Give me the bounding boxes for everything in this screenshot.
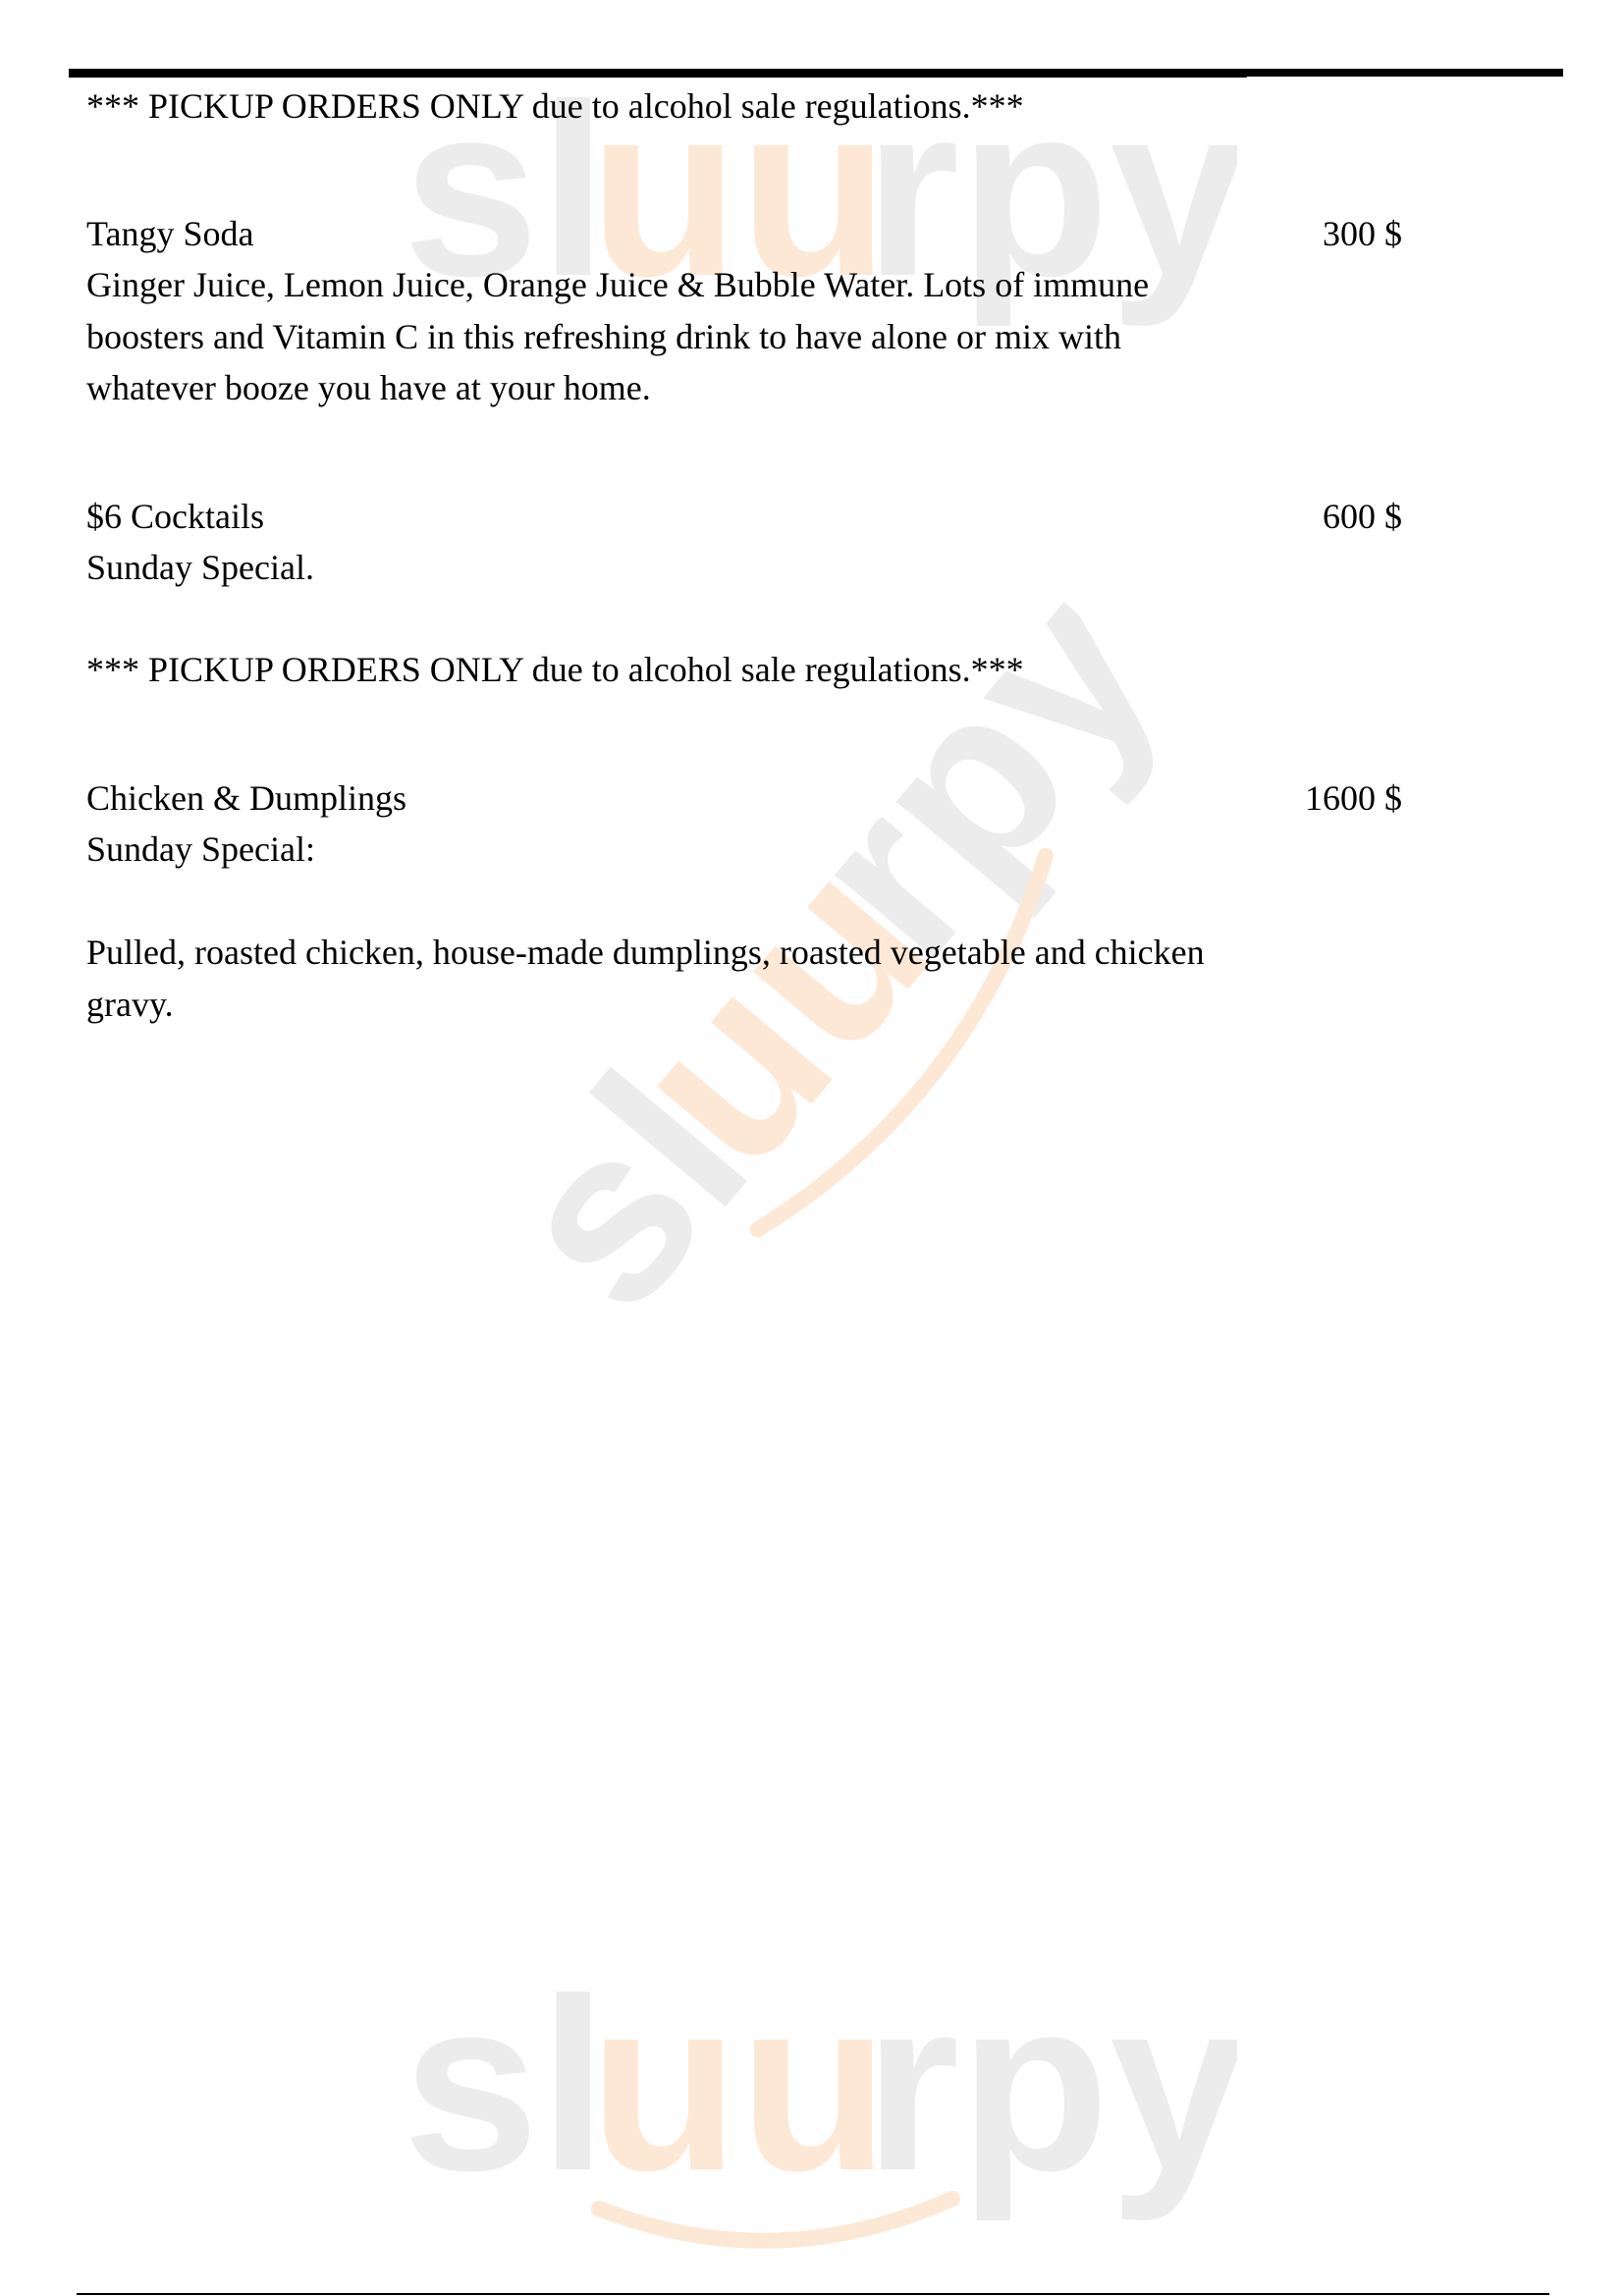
watermark-logo-bottom: sl uu rpy	[403, 1953, 1237, 2268]
item-name: Tangy Soda	[86, 208, 253, 259]
svg-text:sl: sl	[461, 1025, 798, 1358]
item-subtitle: Sunday Special:	[86, 824, 315, 875]
item-price: 300 $	[1323, 208, 1402, 259]
item-description: Pulled, roasted chicken, house-made dump…	[86, 927, 1225, 1030]
svg-text:uu: uu	[589, 1953, 889, 2221]
top-rule-underline	[69, 75, 1247, 78]
bottom-rule	[77, 2293, 1549, 2295]
item-name: $6 Cocktails	[86, 491, 264, 542]
svg-text:rpy: rpy	[864, 1953, 1237, 2221]
item-name: Chicken & Dumplings	[86, 773, 406, 824]
item-note: *** PICKUP ORDERS ONLY due to alcohol sa…	[86, 644, 1024, 695]
item-price: 1600 $	[1305, 773, 1402, 824]
svg-text:sl: sl	[403, 1953, 608, 2221]
item-description: Ginger Juice, Lemon Juice, Orange Juice …	[86, 259, 1225, 414]
item-price: 600 $	[1323, 491, 1402, 542]
pickup-notice: *** PICKUP ORDERS ONLY due to alcohol sa…	[86, 80, 1024, 132]
item-subtitle: Sunday Special.	[86, 542, 314, 593]
